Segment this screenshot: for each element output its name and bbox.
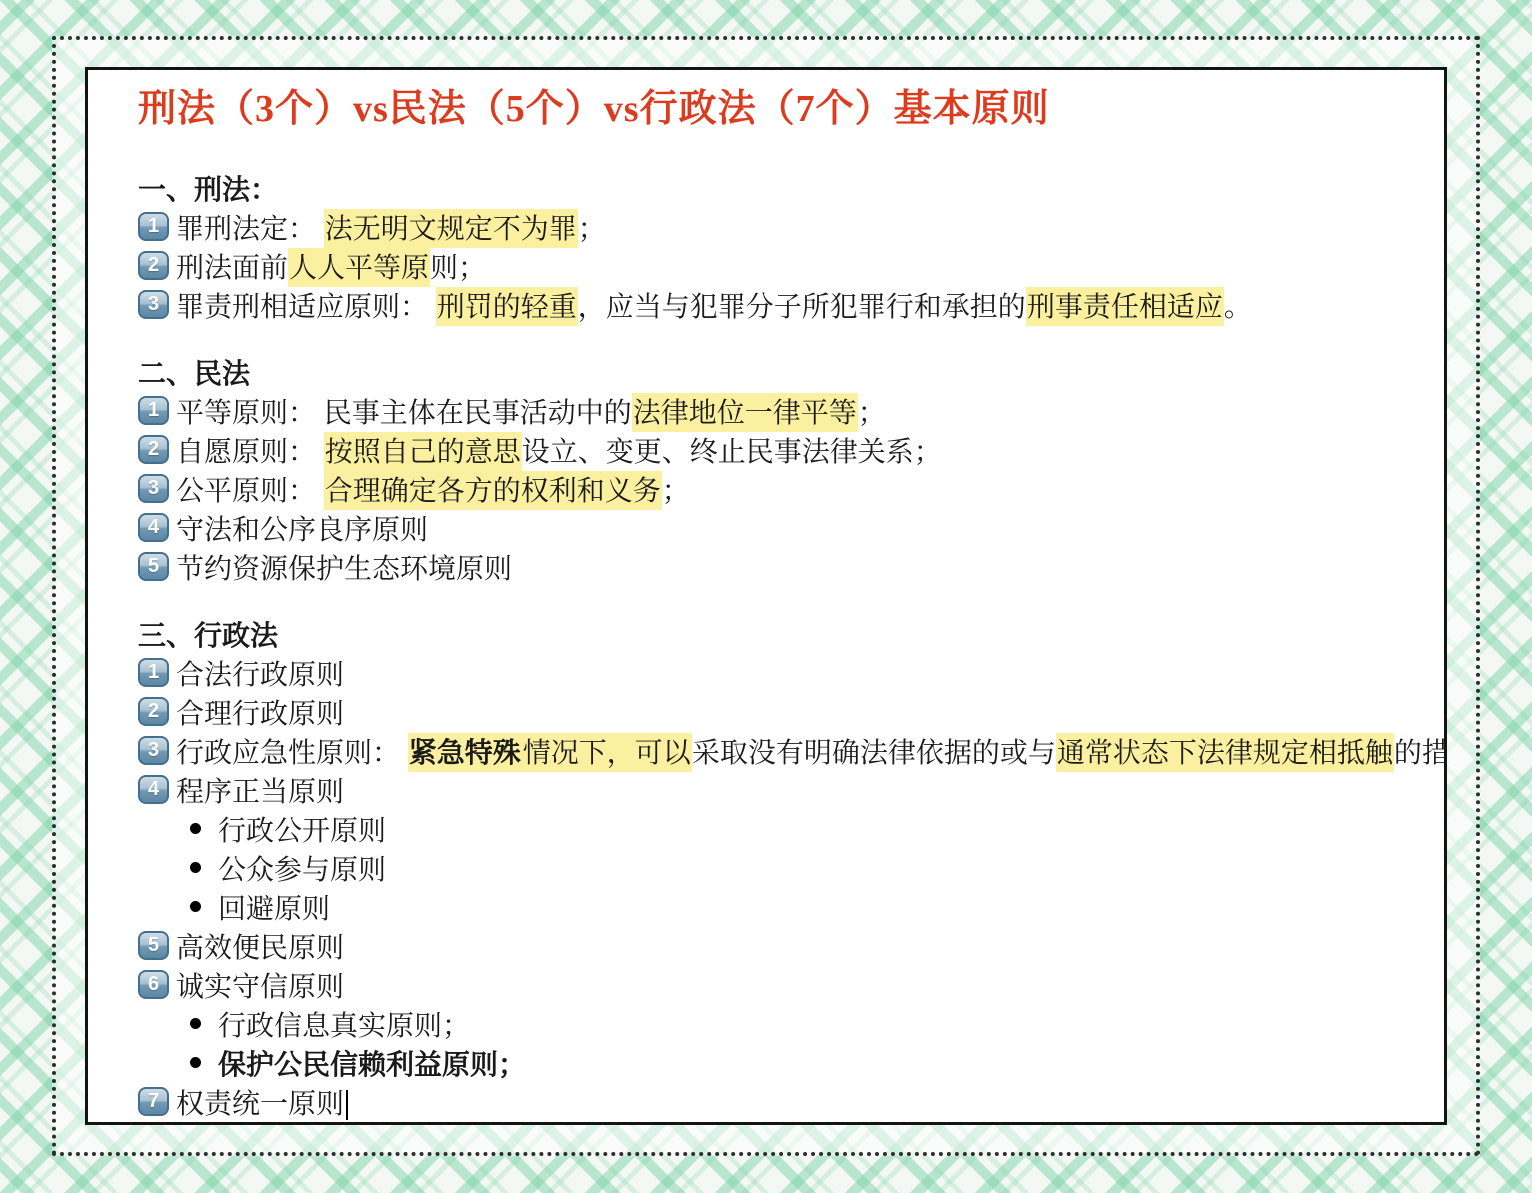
- bullet-icon: [190, 862, 201, 873]
- item-text: 合法行政原则: [176, 653, 344, 693]
- text-segment: 自愿原则：: [176, 436, 324, 467]
- sub-bullet-text: 行政信息真实原则；: [218, 1004, 470, 1044]
- section-heading: 一、刑法：: [138, 168, 1404, 207]
- sub-bullet-item: 公众参与原则: [138, 848, 1404, 887]
- item-text: 罪刑法定： 法无明文规定不为罪；: [176, 207, 606, 247]
- numbered-item: 5高效便民原则: [138, 926, 1404, 965]
- item-text: 节约资源保护生态环境原则: [176, 547, 512, 587]
- sub-bullet-item: 保护公民信赖利益原则；: [138, 1043, 1404, 1082]
- text-segment: 诚实守信原则: [176, 971, 344, 1002]
- text-segment: 罪责刑相适应原则：: [176, 291, 436, 322]
- sub-bullet-item: 回避原则: [138, 887, 1404, 926]
- numbered-item: 1罪刑法定： 法无明文规定不为罪；: [138, 207, 1404, 246]
- text-segment: ，应当与犯罪分子所犯罪行和承担的: [578, 291, 1026, 322]
- number-badge-icon: 3: [138, 736, 169, 765]
- text-segment: 节约资源保护生态环境原则: [176, 553, 512, 584]
- number-badge-icon: 4: [138, 513, 169, 542]
- item-text: 行政应急性原则： 紧急特殊情况下，可以采取没有明确法律依据的或与通常状态下法律规…: [176, 731, 1447, 771]
- text-segment: 平等原则： 民事主体在民事活动中的: [176, 397, 632, 428]
- numbered-item: 2合理行政原则: [138, 692, 1404, 731]
- item-text: 权责统一原则: [176, 1082, 348, 1122]
- text-segment: 程序正当原则: [176, 776, 344, 807]
- bullet-icon: [190, 823, 201, 834]
- text-segment: 公平原则：: [176, 475, 324, 506]
- plaid-background: 刑法（3个）vs民法（5个）vs行政法（7个）基本原则 一、刑法：1罪刑法定： …: [0, 0, 1532, 1193]
- highlighted-text: 法无明文规定不为罪: [324, 209, 578, 248]
- numbered-item: 5节约资源保护生态环境原则: [138, 547, 1404, 586]
- number-badge-icon: 5: [138, 552, 169, 581]
- numbered-item: 1合法行政原则: [138, 653, 1404, 692]
- number-badge-icon: 3: [138, 290, 169, 319]
- highlighted-text: 紧急特殊: [408, 733, 522, 772]
- text-segment: ；: [858, 397, 886, 428]
- item-text: 自愿原则： 按照自己的意思设立、变更、终止民事法律关系；: [176, 430, 942, 470]
- text-segment: ；: [578, 213, 606, 244]
- numbered-item: 1平等原则： 民事主体在民事活动中的法律地位一律平等；: [138, 391, 1404, 430]
- document-page[interactable]: 刑法（3个）vs民法（5个）vs行政法（7个）基本原则 一、刑法：1罪刑法定： …: [85, 67, 1447, 1125]
- sub-bullet-text: 保护公民信赖利益原则；: [218, 1043, 526, 1083]
- page-title: 刑法（3个）vs民法（5个）vs行政法（7个）基本原则: [138, 84, 1404, 134]
- number-badge-icon: 1: [138, 396, 169, 425]
- number-badge-icon: 1: [138, 658, 169, 687]
- item-text: 平等原则： 民事主体在民事活动中的法律地位一律平等；: [176, 391, 886, 431]
- item-text: 罪责刑相适应原则： 刑罚的轻重，应当与犯罪分子所犯罪行和承担的刑事责任相适应。: [176, 285, 1252, 325]
- text-segment: 合理行政原则: [176, 698, 344, 729]
- item-text: 守法和公序良序原则: [176, 508, 428, 548]
- numbered-item: 2自愿原则： 按照自己的意思设立、变更、终止民事法律关系；: [138, 430, 1404, 469]
- text-segment: 权责统一原则: [176, 1088, 344, 1119]
- numbered-item: 3公平原则： 合理确定各方的权利和义务；: [138, 469, 1404, 508]
- number-badge-icon: 2: [138, 435, 169, 464]
- sub-bullet-text: 公众参与原则: [218, 848, 386, 888]
- numbered-item: 4守法和公序良序原则: [138, 508, 1404, 547]
- item-text: 合理行政原则: [176, 692, 344, 732]
- highlighted-text: 刑事责任相适应: [1026, 287, 1224, 326]
- number-badge-icon: 7: [138, 1087, 169, 1116]
- number-badge-icon: 2: [138, 697, 169, 726]
- number-badge-icon: 1: [138, 212, 169, 241]
- text-segment: 合法行政原则: [176, 659, 344, 690]
- numbered-item: 3罪责刑相适应原则： 刑罚的轻重，应当与犯罪分子所犯罪行和承担的刑事责任相适应。: [138, 285, 1404, 324]
- text-cursor: [346, 1090, 348, 1120]
- text-segment: 刑法面前: [176, 252, 288, 283]
- text-segment: 则；: [430, 252, 486, 283]
- item-text: 公平原则： 合理确定各方的权利和义务；: [176, 469, 690, 509]
- section-heading: 三、行政法: [138, 614, 1404, 653]
- text-segment: 高效便民原则: [176, 932, 344, 963]
- highlighted-text: 通常状态下法律规定相抵触: [1056, 733, 1394, 772]
- sub-bullet-text: 行政公开原则: [218, 809, 386, 849]
- number-badge-icon: 2: [138, 251, 169, 280]
- highlighted-text: 情况下，可以: [522, 733, 692, 772]
- numbered-item: 2刑法面前人人平等原则；: [138, 246, 1404, 285]
- bullet-icon: [190, 901, 201, 912]
- text-segment: 的措施: [1394, 737, 1447, 768]
- item-text: 诚实守信原则: [176, 965, 344, 1005]
- number-badge-icon: 3: [138, 474, 169, 503]
- text-segment: 行政应急性原则：: [176, 737, 408, 768]
- highlighted-text: 刑罚的轻重: [436, 287, 578, 326]
- sub-bullet-item: 行政公开原则: [138, 809, 1404, 848]
- bullet-icon: [190, 1057, 201, 1068]
- document-content: 一、刑法：1罪刑法定： 法无明文规定不为罪；2刑法面前人人平等原则；3罪责刑相适…: [138, 168, 1404, 1121]
- item-text: 高效便民原则: [176, 926, 344, 966]
- text-segment: 采取没有明确法律依据的或与: [692, 737, 1056, 768]
- numbered-item: 3行政应急性原则： 紧急特殊情况下，可以采取没有明确法律依据的或与通常状态下法律…: [138, 731, 1404, 770]
- sub-bullet-item: 行政信息真实原则；: [138, 1004, 1404, 1043]
- text-segment: 。: [1224, 291, 1252, 322]
- text-segment: ；: [662, 475, 690, 506]
- number-badge-icon: 4: [138, 775, 169, 804]
- item-text: 刑法面前人人平等原则；: [176, 246, 486, 286]
- item-text: 程序正当原则: [176, 770, 344, 810]
- highlighted-text: 合理确定各方的权利和义务: [324, 471, 662, 510]
- number-badge-icon: 6: [138, 970, 169, 999]
- numbered-item: 7权责统一原则: [138, 1082, 1404, 1121]
- highlighted-text: 按照自己的意思: [324, 432, 522, 471]
- bullet-icon: [190, 1018, 201, 1029]
- highlighted-text: 人人平等原: [288, 248, 430, 287]
- highlighted-text: 法律地位一律平等: [632, 393, 858, 432]
- sub-bullet-text: 回避原则: [218, 887, 330, 927]
- numbered-item: 4程序正当原则: [138, 770, 1404, 809]
- text-segment: 守法和公序良序原则: [176, 514, 428, 545]
- text-segment: 设立、变更、终止民事法律关系；: [522, 436, 942, 467]
- number-badge-icon: 5: [138, 931, 169, 960]
- numbered-item: 6诚实守信原则: [138, 965, 1404, 1004]
- section-heading: 二、民法: [138, 352, 1404, 391]
- text-segment: 罪刑法定：: [176, 213, 324, 244]
